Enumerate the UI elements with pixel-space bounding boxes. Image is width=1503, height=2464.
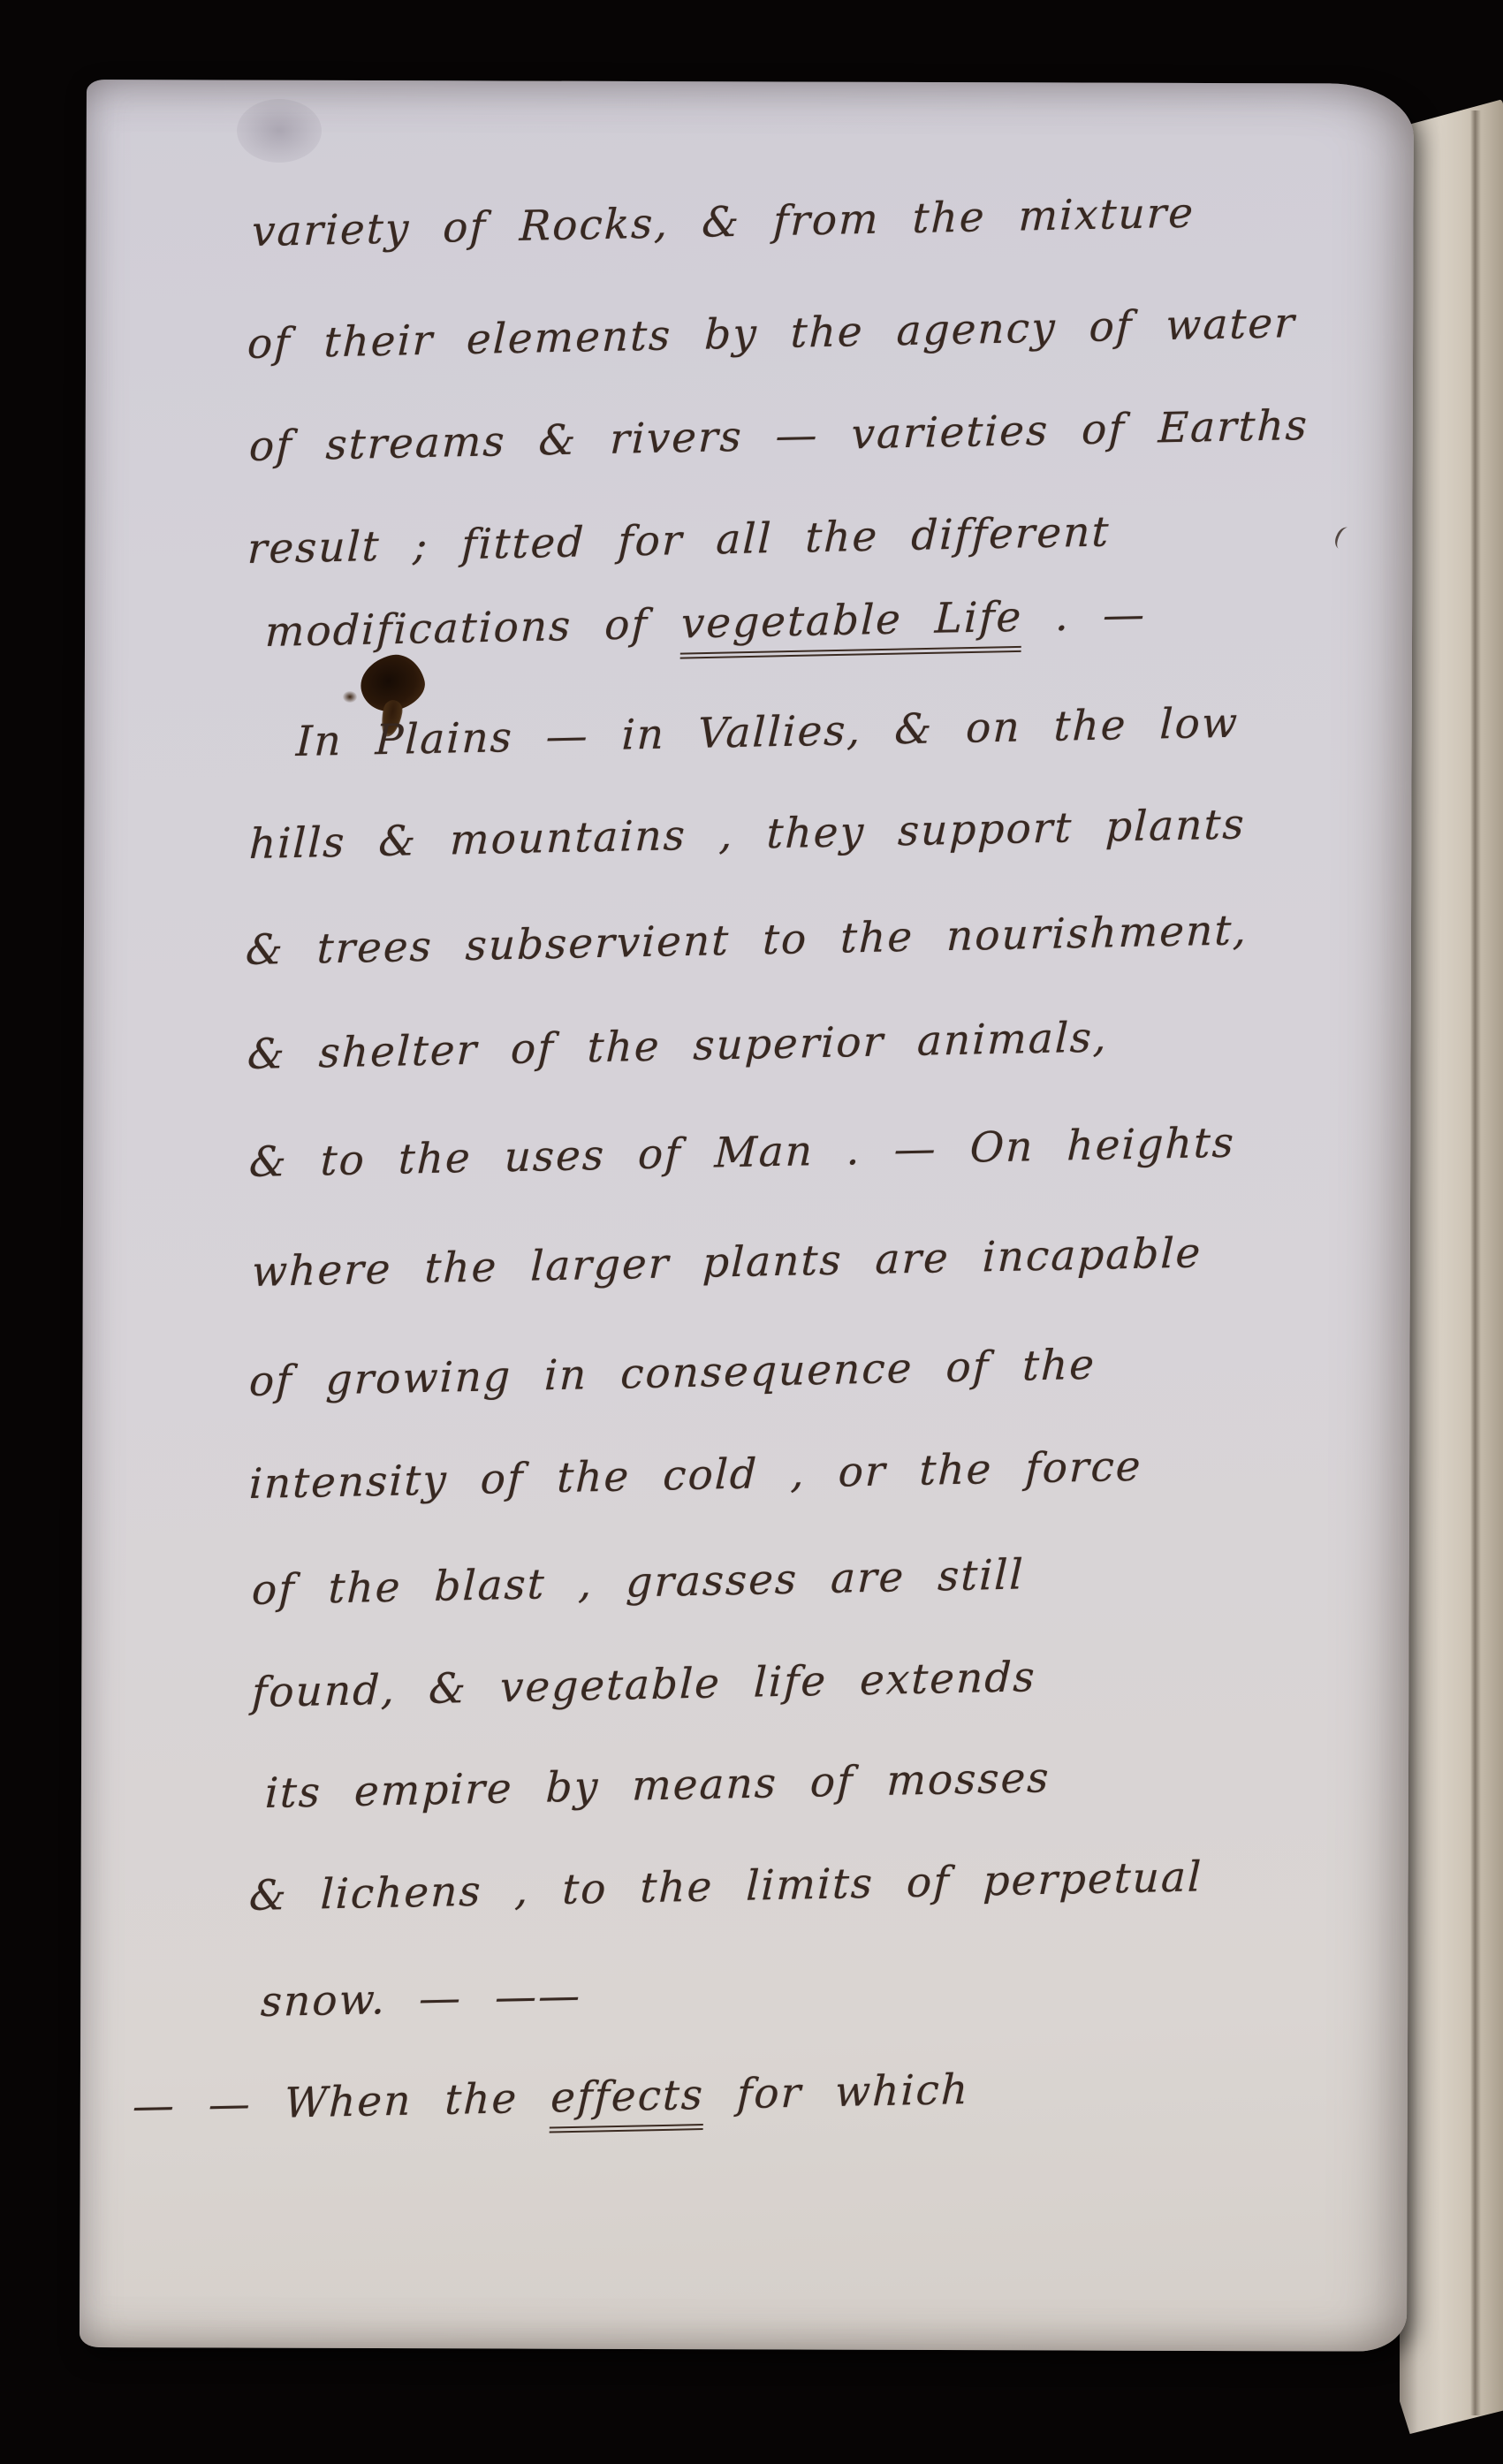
fore-edge-crease [1470, 110, 1481, 2415]
line-5-pre: modifications of [264, 600, 682, 657]
ink-blot-dot [343, 691, 357, 703]
paper-smudge [237, 99, 322, 163]
line-19-underlined: effects [550, 2071, 705, 2133]
line-5-underlined: vegetable Life [680, 593, 1024, 659]
line-19-pre: — — When the [132, 2073, 551, 2131]
book-fore-edge [1400, 99, 1503, 2434]
line-5-post: . — [1021, 590, 1147, 642]
line-19-post: for which [703, 2065, 970, 2119]
handwritten-line-18: snow. — —— [260, 1972, 582, 2027]
manuscript-photograph: variety of Rocks, & from the mixture of … [0, 0, 1503, 2464]
